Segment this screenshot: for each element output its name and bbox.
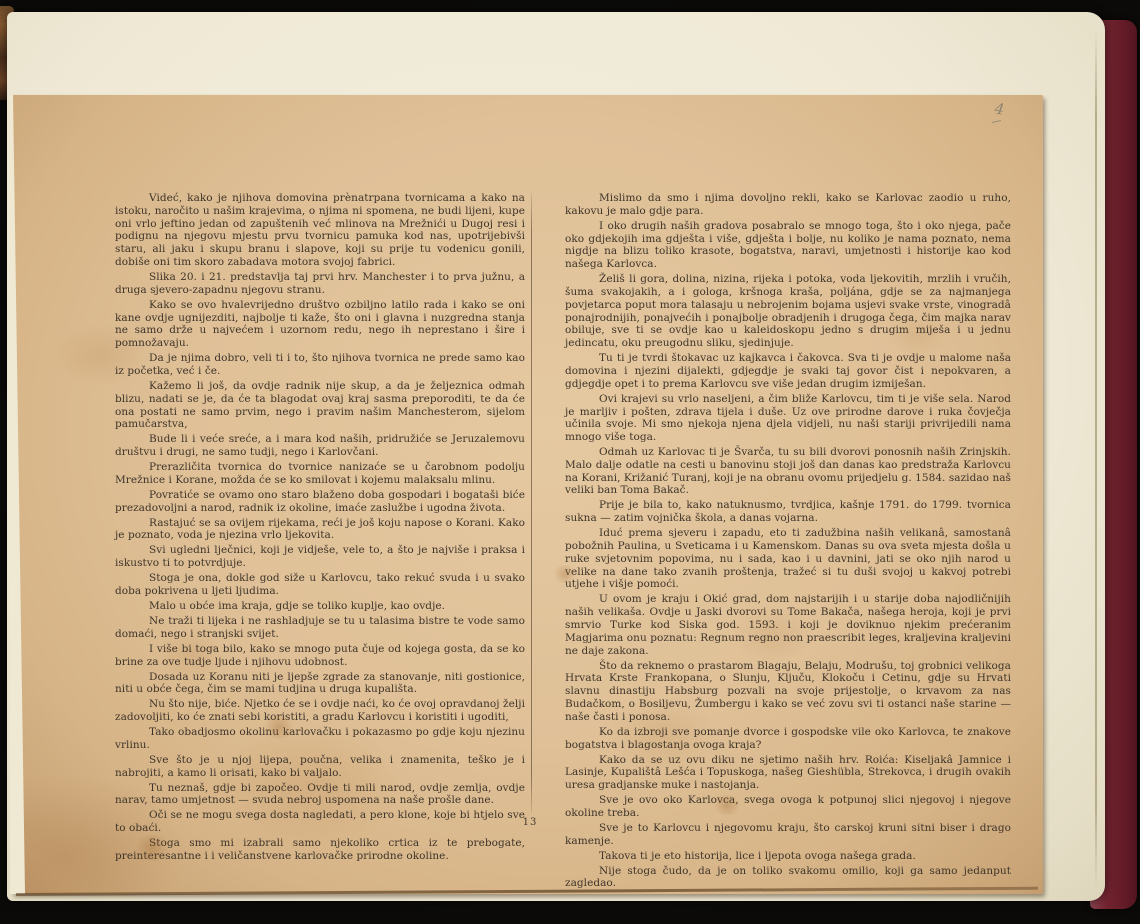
- paragraph: Mislimo da smo i njima dovoljno rekli, k…: [565, 192, 1011, 218]
- paragraph: Rastajuć se sa ovijem rijekama, reći je …: [115, 517, 525, 543]
- paragraph: Iduć prema sjeveru i zapadu, eto ti zadu…: [565, 527, 1011, 591]
- paragraph: Ne traži ti lijeka i ne rashladjuje se t…: [115, 615, 525, 641]
- paragraph: Sve što je u njoj lijepa, poučna, velika…: [115, 754, 525, 780]
- paragraph: Sve je to Karlovcu i njegovomu kraju, št…: [565, 822, 1011, 848]
- column-divider-rule: [531, 193, 532, 813]
- paragraph: Dosada uz Koranu niti je ljepše zgrade z…: [115, 671, 525, 697]
- photographed-open-book: Videć, kako je njihova domovina prènatrp…: [0, 0, 1140, 924]
- paragraph: I oko drugih naših gradova posabralo se …: [565, 220, 1011, 271]
- paragraph: Stoga je ona, dokle god siže u Karlovcu,…: [115, 572, 525, 598]
- paragraph: Povratiće se ovamo ono staro blaženo dob…: [115, 489, 525, 515]
- paragraph: Tu ti je tvrdi štokavac uz kajkavca i ča…: [565, 352, 1011, 390]
- paragraph: Takova ti je eto historija, lice i ljepo…: [565, 850, 1011, 863]
- page-edge-crease: [1095, 28, 1097, 890]
- paragraph: Slika 20. i 21. predstavlja taj prvi hrv…: [115, 271, 525, 297]
- paragraph: U ovom je kraju i Okić grad, dom najstar…: [565, 593, 1011, 657]
- foxing-spot: [552, 565, 578, 583]
- paragraph: Stoga smo mi izabrali samo njekoliko crt…: [115, 837, 525, 863]
- paragraph: Ko da izbroji sve pomanje dvorce i gospo…: [565, 726, 1011, 752]
- paragraph: Videć, kako je njihova domovina prènatrp…: [115, 192, 525, 269]
- paragraph: Želiš li gora, dolina, nizina, rijeka i …: [565, 273, 1011, 350]
- paragraph: Kako se ovo hvalevrijedno društvo ozbilj…: [115, 299, 525, 350]
- scanned-page: Videć, kako je njihova domovina prènatrp…: [12, 95, 1043, 894]
- paragraph: Ovi krajevi su vrlo naseljeni, a čim bli…: [565, 393, 1011, 444]
- paragraph: Oči se ne mogu svega dosta nagledati, a …: [115, 809, 525, 835]
- paragraph: Sve je ovo oko Karlovca, svega ovoga k p…: [565, 794, 1011, 820]
- foxing-spot: [132, 835, 172, 861]
- page-number: 13: [500, 817, 560, 828]
- paragraph: Prerazličita tvornica do tvornice naniza…: [115, 461, 525, 487]
- foxing-spot: [262, 715, 296, 739]
- paragraph: Da je njima dobro, veli ti i to, što nji…: [115, 352, 525, 378]
- paragraph: Malo u obće ima kraja, gdje se toliko ku…: [115, 600, 525, 613]
- text-column-right: Mislimo da smo i njima dovoljno rekli, k…: [565, 192, 1011, 892]
- paragraph: I više bi toga bilo, kako se mnogo puta …: [115, 643, 525, 669]
- foxing-spot: [712, 795, 742, 815]
- paragraph: Svi ugledni lječnici, koji je vidješe, v…: [115, 544, 525, 570]
- paragraph: Odmah uz Karlovac ti je Švarča, tu su bi…: [565, 446, 1011, 497]
- paragraph: Kako da se uz ovu diku ne sjetimo naših …: [565, 754, 1011, 792]
- paragraph: Nu što nije, biće. Njetko će se i ovdje …: [115, 698, 525, 724]
- paragraph: Prije je bila to, kako natuknusmo, tvrdj…: [565, 499, 1011, 525]
- paragraph: Tu neznaš, gdje bi započeo. Ovdje ti mil…: [115, 782, 525, 808]
- paragraph: Što da reknemo o prastarom Blagaju, Bela…: [565, 660, 1011, 724]
- pencil-annotation: 4: [992, 99, 1019, 128]
- paragraph: Bude li i veće sreće, a i mara kod naših…: [115, 433, 525, 459]
- text-column-left: Videć, kako je njihova domovina prènatrp…: [115, 192, 525, 865]
- paragraph: Kažemo li još, da ovdje radnik nije skup…: [115, 380, 525, 431]
- paragraph: Tako obadjosmo okolinu karlovačku i poka…: [115, 726, 525, 752]
